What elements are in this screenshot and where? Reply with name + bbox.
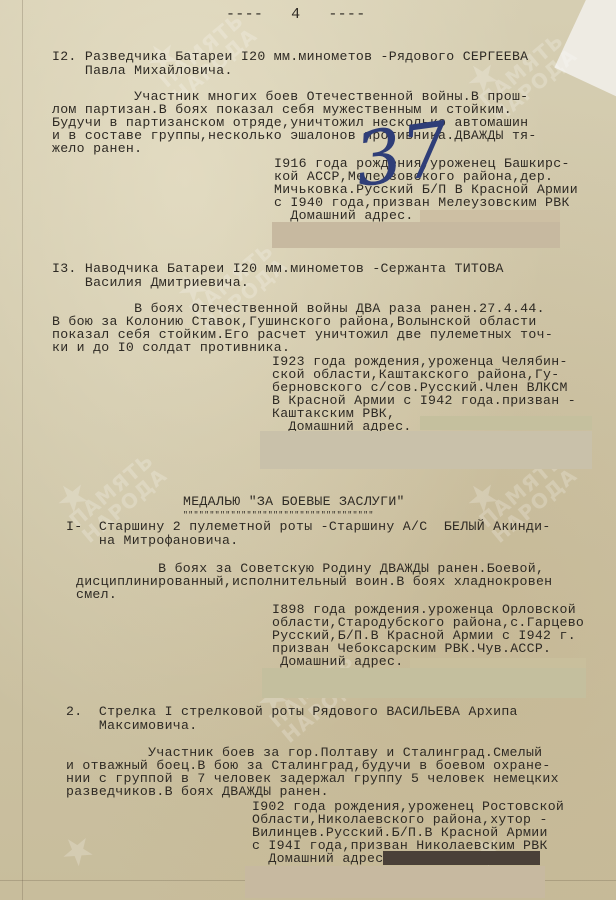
fold-line-vertical [22, 0, 23, 900]
entry-heading: Василия Дмитриевича. [52, 276, 249, 289]
redaction-box [262, 668, 586, 698]
entry-heading: 2. Стрелка I стрелковой роты Рядового ВА… [66, 705, 518, 718]
page-number: ---- 4 ---- [226, 8, 366, 21]
entry-heading: I3. Наводчика Батареи I20 мм.минометов -… [52, 262, 504, 275]
handwritten-number: 37 [350, 112, 454, 198]
entry-heading: Максимовича. [66, 719, 197, 732]
entry-heading: I2. Разведчика Батареи I20 мм.минометов … [52, 50, 528, 63]
section-title: МЕДАЛЬЮ "ЗА БОЕВЫЕ ЗАСЛУГИ" [183, 495, 405, 508]
redaction-box [260, 431, 592, 469]
redaction-box [420, 210, 560, 222]
redaction-box [272, 222, 560, 248]
entry-heading: I- Старшину 2 пулеметной роты -Старшину … [66, 520, 551, 533]
entry-description: разведчиков.В боях ДВАЖДЫ ранен. [66, 785, 329, 798]
entry-bio: Домашний адрес. [252, 852, 392, 865]
redaction-box [245, 866, 545, 898]
entry-heading: на Митрофановича. [66, 534, 239, 547]
entry-description: смел. [76, 588, 117, 601]
entry-bio: Домашний адрес. [272, 655, 403, 668]
entry-description: дисциплинированный,исполнительный воин.В… [76, 575, 552, 588]
entry-description: жело ранен. [52, 142, 142, 155]
redaction-box [420, 416, 592, 430]
entry-heading: Павла Михайловича. [52, 64, 233, 77]
redaction-box-dark [383, 851, 540, 865]
entry-description: ки и до I0 солдат противника. [52, 341, 290, 354]
redaction-box [410, 658, 586, 668]
entry-bio: Домашний адрес. [274, 209, 414, 222]
